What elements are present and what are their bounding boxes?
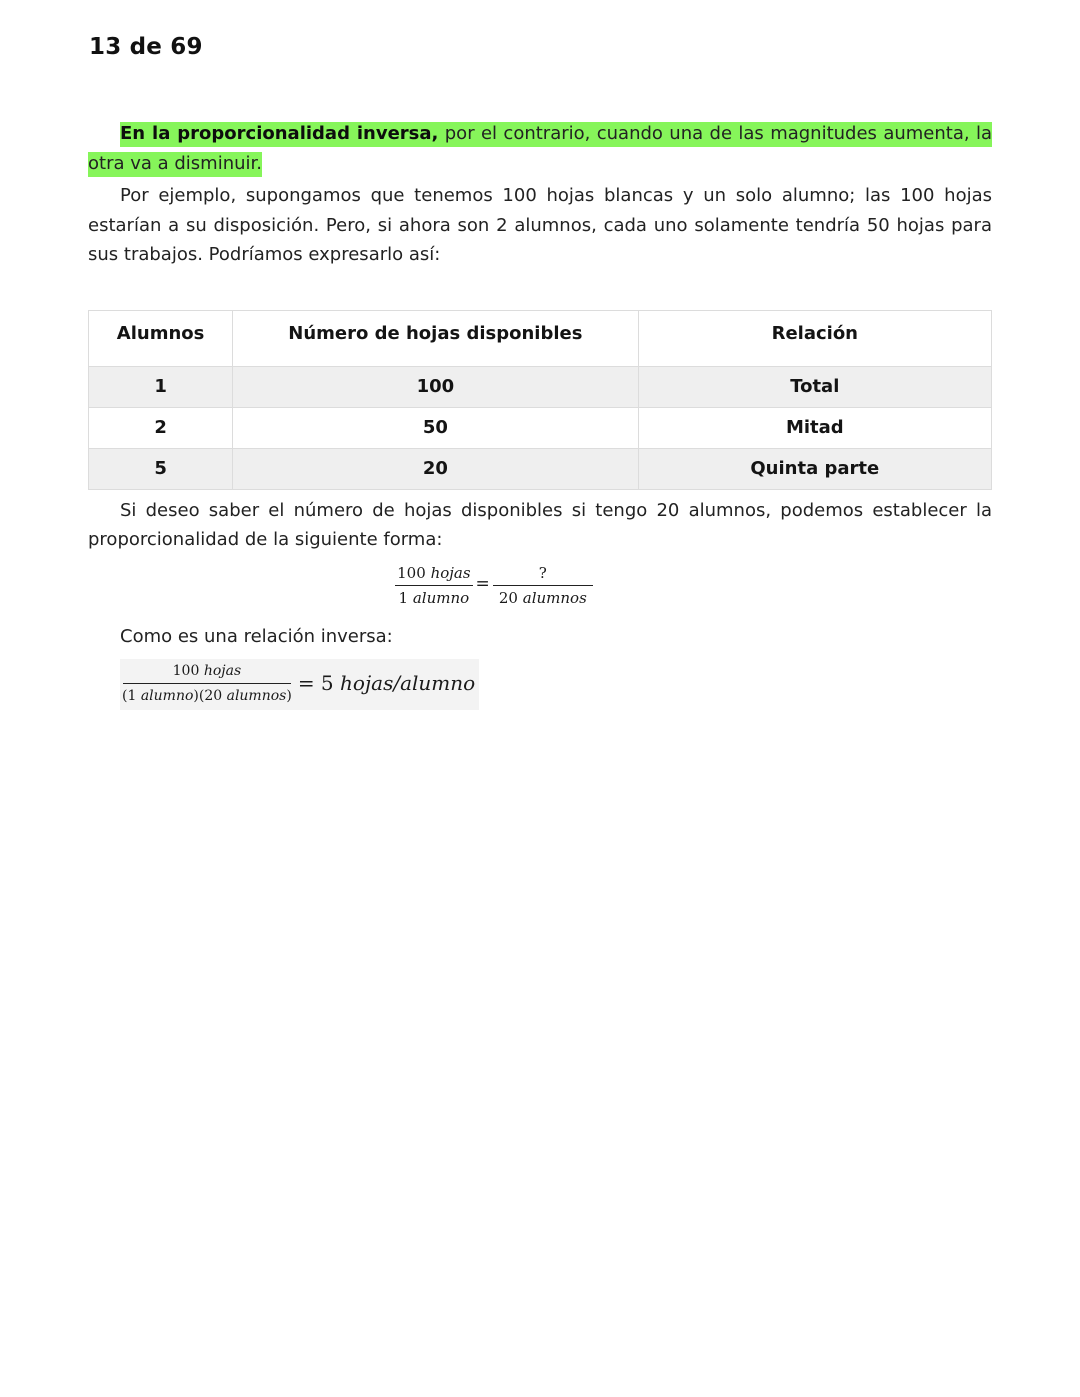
den-close: ) [286,688,291,704]
den-open: (1 [122,688,141,704]
cell-alumnos: 1 [89,366,233,407]
right-fraction: ? 20 alumnos [493,563,593,608]
header-relacion: Relación [638,310,991,366]
inverse-numerator: 100 hojas [123,661,292,684]
cell-hojas: 20 [233,448,638,489]
inverse-num-value: 100 [173,663,200,679]
inverse-paragraph: Como es una relación inversa: [88,622,992,652]
inverse-fraction: 100 hojas (1 alumno)(20 alumnos) [122,661,292,706]
inverse-num-unit: hojas [204,663,241,679]
left-num-unit: hojas [431,564,471,582]
left-den-value: 1 [399,589,409,607]
left-den-unit: alumno [413,589,469,607]
inverse-denominator: (1 alumno)(20 alumnos) [122,684,292,706]
equals-sign: = [476,570,490,600]
proportionality-table: Alumnos Número de hojas disponibles Rela… [88,310,992,490]
table-row: 1 100 Total [89,366,992,407]
result-equals: = 5 [298,671,340,695]
intro-bold-lead: En la proporcionalidad inversa, [120,123,438,144]
result-unit: hojas/alumno [340,671,475,695]
proportion-equation: 100 hojas 1 alumno = ? 20 alumnos [88,563,992,608]
table-row: 5 20 Quinta parte [89,448,992,489]
query-paragraph: Si deseo saber el número de hojas dispon… [88,496,992,555]
left-numerator: 100 hojas [395,563,472,586]
example-paragraph: Por ejemplo, supongamos que tenemos 100 … [88,181,992,270]
den-mid: )(20 [193,688,226,704]
cell-alumnos: 5 [89,448,233,489]
cell-relacion: Quinta parte [638,448,991,489]
table-row: 2 50 Mitad [89,407,992,448]
highlighted-definition: En la proporcionalidad inversa, por el c… [88,122,992,177]
right-denominator: 20 alumnos [497,586,589,608]
den-unit-1: alumno [141,688,194,704]
cell-relacion: Mitad [638,407,991,448]
inverse-result: = 5 hojas/alumno [298,669,475,699]
left-num-value: 100 [397,564,426,582]
cell-relacion: Total [638,366,991,407]
table-header-row: Alumnos Número de hojas disponibles Rela… [89,310,992,366]
inverse-equation: 100 hojas (1 alumno)(20 alumnos) = 5 hoj… [120,659,479,710]
cell-hojas: 100 [233,366,638,407]
left-fraction: 100 hojas 1 alumno [395,563,472,608]
cell-hojas: 50 [233,407,638,448]
right-numerator: ? [493,563,593,586]
document-body: En la proporcionalidad inversa, por el c… [88,119,992,710]
right-den-value: 20 [499,589,518,607]
right-den-unit: alumnos [523,589,587,607]
cell-alumnos: 2 [89,407,233,448]
page-counter: 13 de 69 [89,34,203,60]
header-alumnos: Alumnos [89,310,233,366]
left-denominator: 1 alumno [397,586,472,608]
den-unit-2: alumnos [227,688,287,704]
header-hojas: Número de hojas disponibles [233,310,638,366]
intro-paragraph: En la proporcionalidad inversa, por el c… [88,119,992,178]
